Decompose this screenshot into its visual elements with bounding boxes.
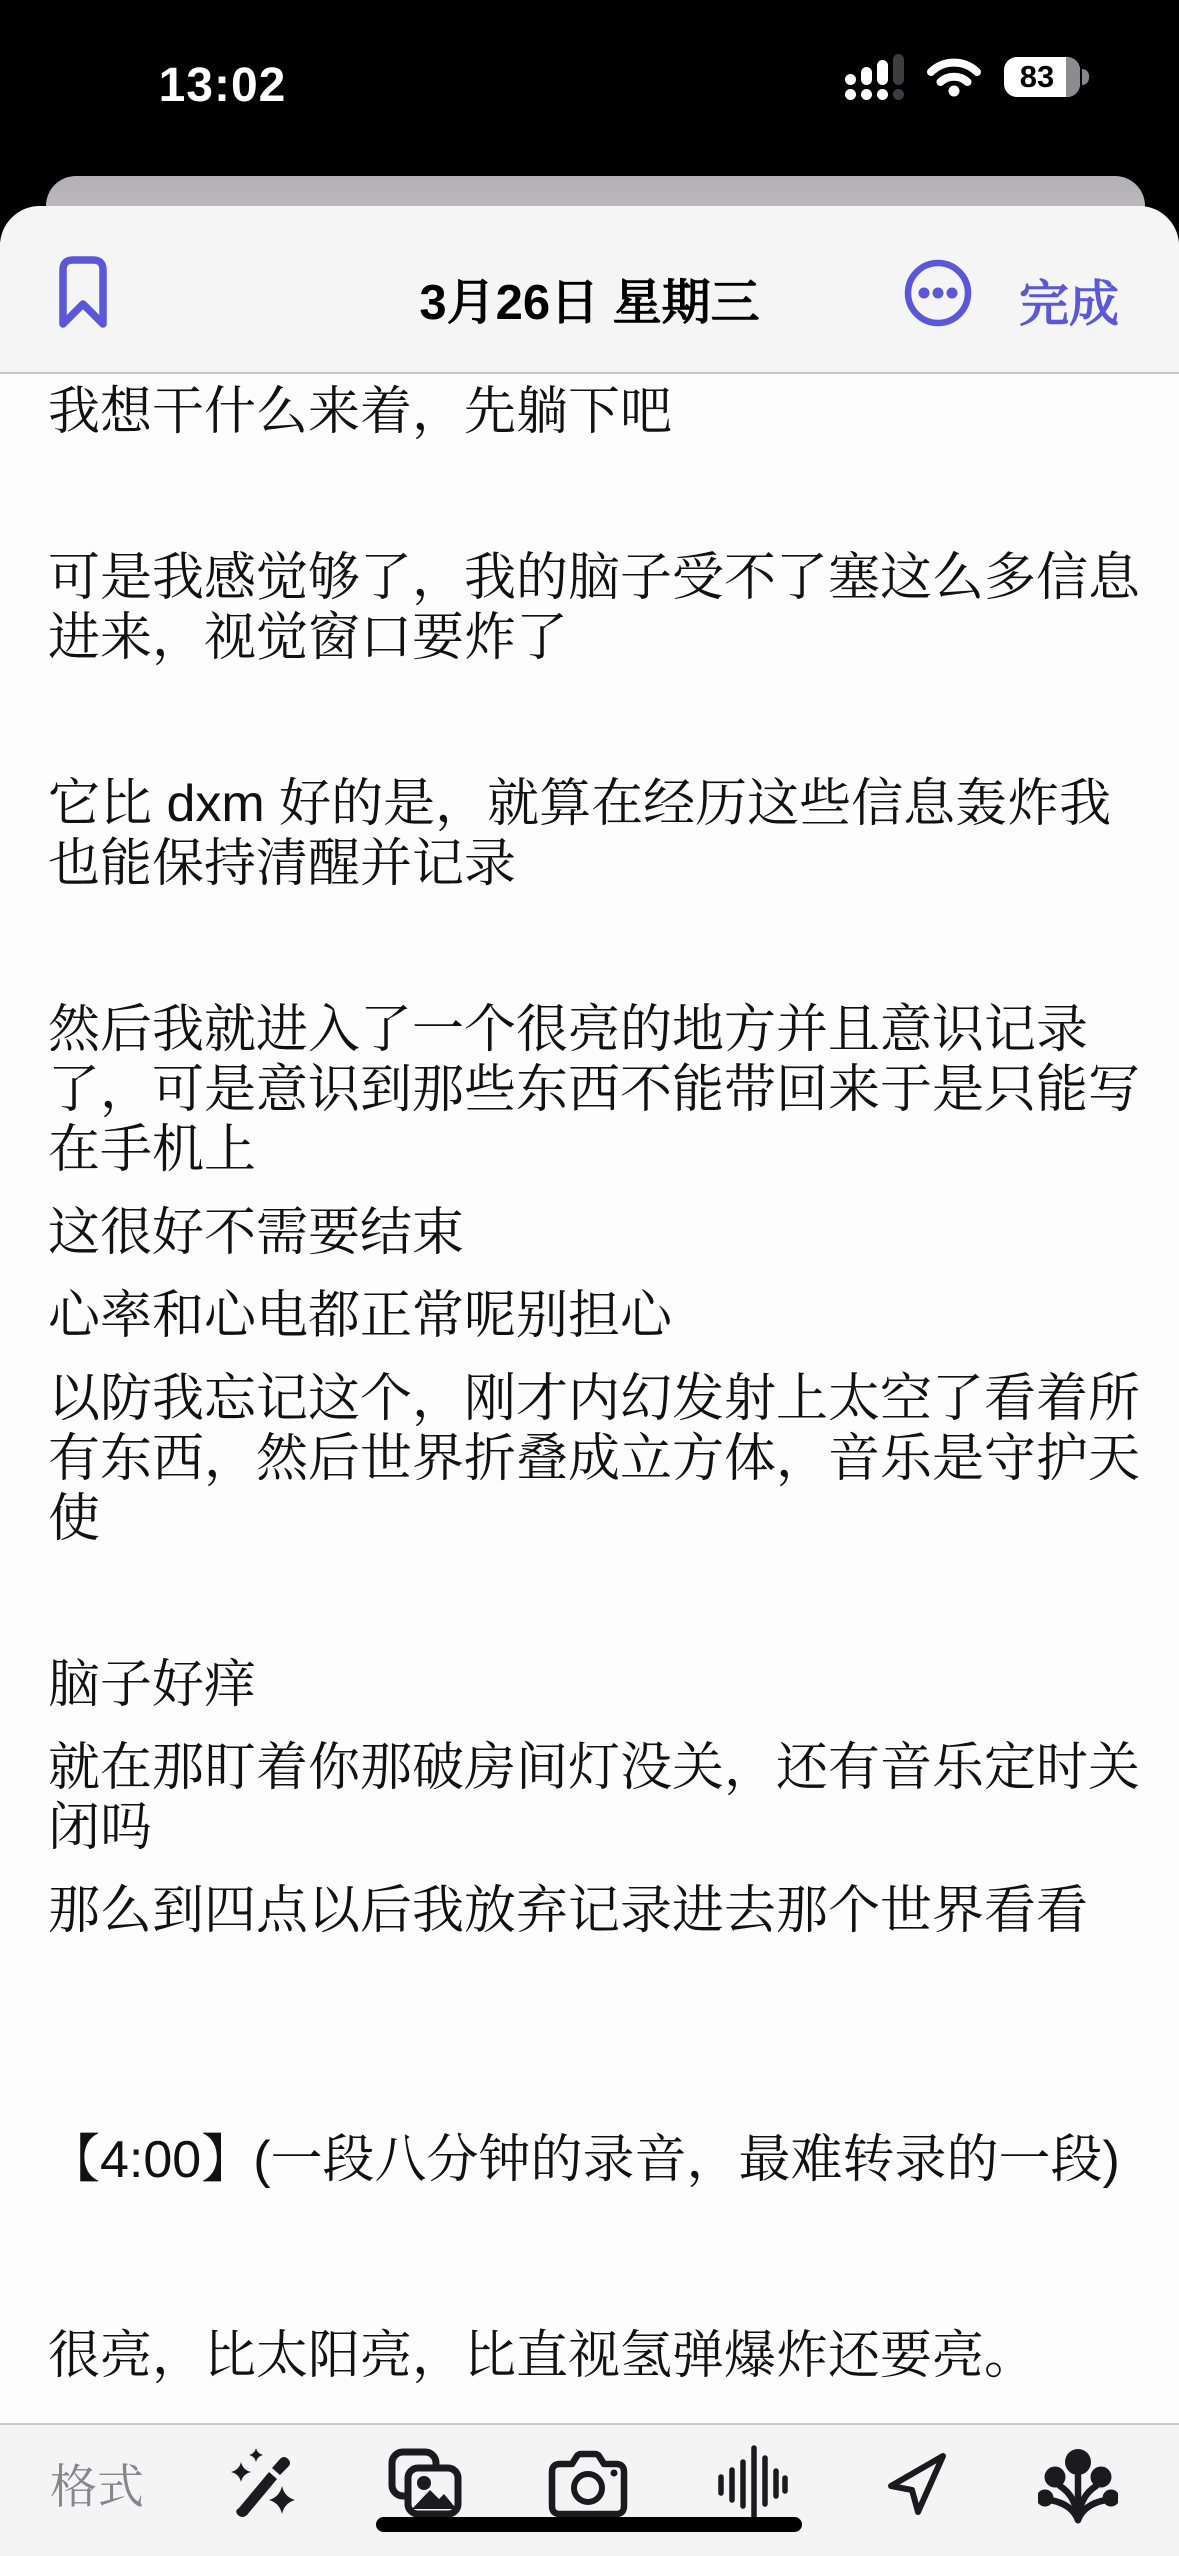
camera-icon [548,2450,628,2518]
note-paragraph: 可是我感觉够了，我的脑子受不了塞这么多信息进来，视觉窗口要炸了 [48,548,1158,668]
note-paragraph: 它比 dxm 好的是，就算在经历这些信息轰炸我也能保持清醒并记录 [48,774,1158,894]
camera-button[interactable] [533,2439,643,2529]
photos-button[interactable] [369,2439,479,2529]
status-bar: 13:02 83 [0,0,1179,176]
wifi-icon [926,53,982,102]
battery-icon: 83 [1004,57,1089,97]
note-paragraph: 以防我忘记这个，刚才内幻发射上太空了看着所有东西，然后世界折叠成立方体，音乐是守… [48,1369,1158,1549]
note-sheet: 3月26日 星期三 完成 我想干什么来着，先躺下吧可是我感觉够了，我的脑子受不了… [0,206,1179,2556]
note-paragraph: 就在那盯着你那破房间灯没关，还有音乐定时关闭吗 [48,1738,1158,1858]
keyboard-accessory-toolbar: 格式 [0,2423,1179,2556]
note-paragraph: 这很好不需要结束 [48,1203,1158,1263]
note-paragraph: 然后我就进入了一个很亮的地方并且意识记录了，可是意识到那些东西不能带回来于是只能… [48,1000,1158,1180]
note-paragraph: 心率和心电都正常呢别担心 [48,1286,1158,1346]
waveform-icon [713,2444,789,2524]
location-button[interactable] [860,2439,970,2529]
note-paragraph: 我想干什么来着，先躺下吧 [48,382,1158,442]
done-button[interactable]: 完成 [979,264,1159,336]
note-paragraph: 很亮，比太阳亮，比直视氢弹爆炸还要亮。 [48,2326,1158,2386]
florette-icon [1038,2442,1118,2526]
home-indicator[interactable] [376,2517,802,2532]
ellipsis-circle-icon [903,316,973,331]
image-playground-button[interactable] [1023,2439,1133,2529]
note-paragraph: 脑子好痒 [48,1655,1158,1715]
battery-percent: 83 [1020,59,1054,95]
note-paragraph: 【4:00】(一段八分钟的录音，最难转录的一段) [48,2130,1158,2190]
format-label: 格式 [50,2450,144,2517]
format-button[interactable]: 格式 [42,2439,152,2529]
writing-tools-button[interactable] [206,2439,316,2529]
note-text: 我想干什么来着，先躺下吧可是我感觉够了，我的脑子受不了塞这么多信息进来，视觉窗口… [48,382,1158,2386]
status-time: 13:02 [140,58,305,113]
cellular-signal-icon [845,52,904,102]
note-blank-line [48,1964,1158,2024]
note-blank-line [48,2047,1158,2107]
note-blank-line [48,917,1158,977]
more-options-button[interactable] [903,258,973,331]
note-blank-line [48,691,1158,751]
note-blank-line [48,1572,1158,1632]
location-arrow-icon [879,2448,951,2520]
photos-icon [386,2446,462,2522]
wand-sparkles-icon [225,2446,297,2522]
note-blank-line [48,465,1158,525]
audio-record-button[interactable] [696,2439,806,2529]
note-paragraph: 那么到四点以后我放弃记录进去那个世界看看 [48,1881,1158,1941]
note-blank-line [48,2213,1158,2303]
note-header: 3月26日 星期三 完成 [0,206,1179,374]
note-body[interactable]: 我想干什么来着，先躺下吧可是我感觉够了，我的脑子受不了塞这么多信息进来，视觉窗口… [0,374,1179,2423]
